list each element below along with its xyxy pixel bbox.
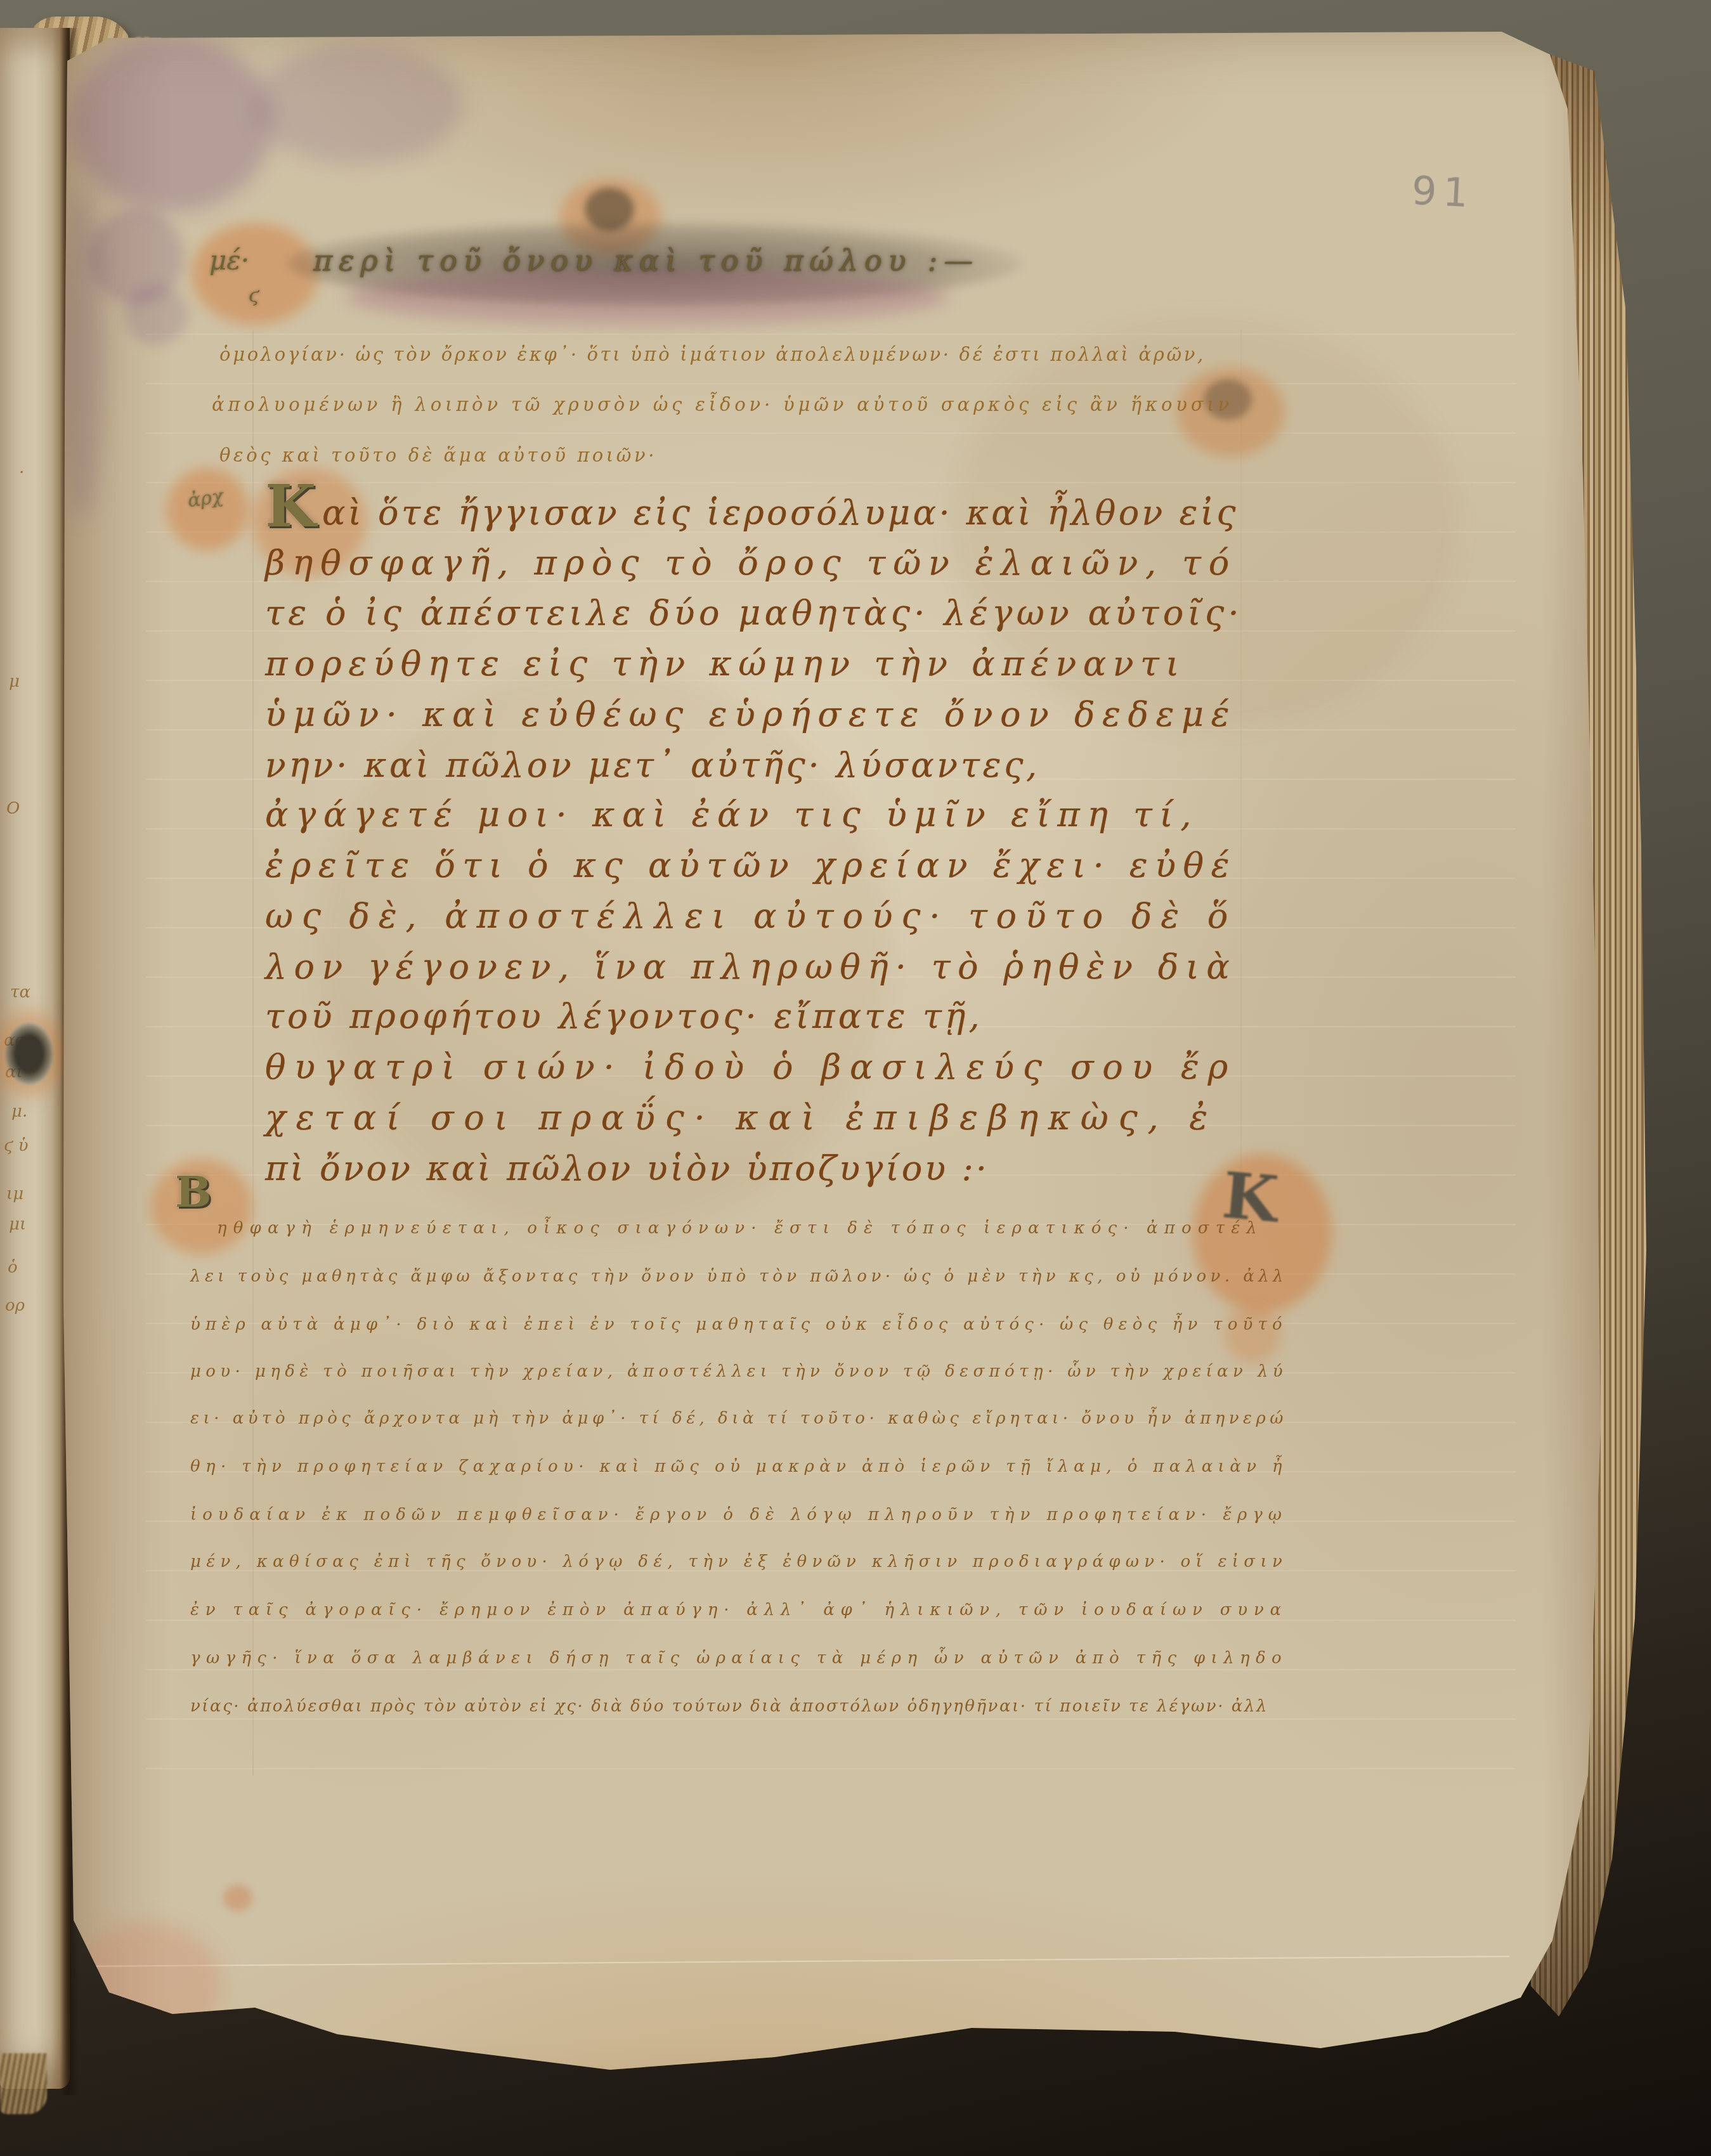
purple-stain (254, 44, 463, 165)
commentary-line: γωγῆς· ἵνα ὅσα λαμβάνει δήσῃ ταῖς ὡραίαι… (190, 1650, 1287, 1666)
gospel-line: αὶ ὅτε ἤγγισαν εἰς ἱεροσόλυμα· καὶ ἦλθον… (322, 496, 1239, 530)
facing-page-fragment: Ο (6, 799, 20, 818)
gospel-line: τε ὁ ἰς ἀπέστειλε δύο μαθητὰς· λέγων αὐτ… (265, 596, 1243, 630)
facing-page-fragment: ὁ (8, 1258, 18, 1277)
purple-stain (124, 284, 188, 345)
gospel-line: βηθσφαγῆ, πρὸς τὸ ὄρος τῶν ἐλαιῶν, τό (265, 546, 1237, 580)
facing-page-fragment: μ (9, 672, 20, 691)
commentary-line: θη· τὴν προφητείαν ζαχαρίου· καὶ πῶς οὐ … (190, 1458, 1287, 1475)
facing-page-ink-blot (5, 1022, 53, 1086)
chapter-number-label: μέ· (209, 247, 249, 274)
gospel-line: νην· καὶ πῶλον μετ᾽ αὐτῆς· λύσαντες, (265, 748, 1040, 783)
facing-page-fragment: ιμ (6, 1185, 23, 1204)
gospel-line: ως δὲ, ἀποστέλλει αὐτούς· τοῦτο δὲ ὅ (265, 899, 1237, 933)
chapter-number-flourish: ϛ (249, 287, 259, 306)
gospel-line: ἀγάγετέ μοι· καὶ ἐάν τις ὑμῖν εἴπη τί, (265, 798, 1199, 832)
hypothesis-line: θεὸς καὶ τοῦτο δὲ ἅμα αὐτοῦ ποιῶν· (219, 446, 657, 465)
facing-page-fragment: μι (9, 1215, 26, 1234)
gospel-initial-kappa: Κ (265, 477, 316, 535)
folio-number: 91 (1410, 171, 1475, 213)
commentary-line: λει τοὺς μαθητὰς ἄμφω ἄξοντας τὴν ὄνον ὑ… (190, 1268, 1287, 1285)
commentary-line: ὑπὲρ αὐτὰ ἀμφ᾽· διὸ καὶ ἐπεὶ ἐν τοῖς μαθ… (190, 1316, 1287, 1333)
facing-page-fragment: ορ (5, 1296, 25, 1315)
gospel-line: ἐρεῖτε ὅτι ὁ κς αὐτῶν χρείαν ἔχει· εὐθέ (265, 848, 1237, 883)
lection-start-siglum: ἀρχ (186, 487, 224, 511)
facing-page-fragment: τα (10, 983, 30, 1002)
facing-page-fragment: ϛ ὑ (4, 1136, 29, 1155)
manuscript-page: 91 μέ· ϛ περὶ τοῦ ὄνου καὶ τοῦ πώλου :— … (63, 32, 1618, 2103)
rust-spot (223, 1885, 252, 1911)
gospel-line: θυγατρὶ σιών· ἰδοὺ ὁ βασιλεύς σου ἔρ (265, 1050, 1237, 1084)
gospel-line: τοῦ προφήτου λέγοντος· εἴπατε τῇ, (265, 999, 983, 1034)
purple-stain (70, 35, 273, 212)
hypothesis-line: ὁμολογίαν· ὡς τὸν ὄρκον ἐκφ᾽· ὅτι ὑπὸ ἱμ… (219, 346, 1206, 364)
commentary-initial-beta: Β (175, 1171, 211, 1214)
commentary-line: ει· αὐτὸ πρὸς ἄρχοντα μὴ τὴν ἀμφ᾽· τί δέ… (190, 1410, 1287, 1427)
chapter-title: περὶ τοῦ ὄνου καὶ τοῦ πώλου :— (313, 246, 979, 275)
commentary-line: νίας· ἀπολύεσθαι πρὸς τὸν αὐτὸν εἰ χς· δ… (190, 1698, 1268, 1715)
facing-page-frayed-corner (0, 2053, 47, 2114)
gospel-line: λον γέγονεν, ἵνα πληρωθῆ· τὸ ῥηθὲν διὰ (265, 950, 1237, 984)
commentary-line: ἰουδαίαν ἐκ ποδῶν πεμφθεῖσαν· ἔργον ὁ δὲ… (190, 1507, 1287, 1523)
commentary-line: μέν, καθίσας ἐπὶ τῆς ὄνου· λόγῳ δέ, τὴν … (190, 1554, 1287, 1570)
gospel-line: χεταί σοι πραΰς· καὶ ἐπιβεβηκὼς, ἐ (265, 1101, 1218, 1135)
gospel-line: ὑμῶν· καὶ εὐθέως εὑρήσετε ὄνον δεδεμέ (265, 698, 1237, 732)
purple-stain (61, 190, 105, 520)
hypothesis-line: ἀπολυομένων ἢ λοιπὸν τῶ χρυσὸν ὡς εἶδον·… (212, 396, 1233, 414)
pink-stain (70, 1921, 222, 2048)
gospel-line: πορεύθητε εἰς τὴν κώμην τὴν ἀπέναντι (265, 647, 1186, 681)
commentary-line: μου· μηδὲ τὸ ποιῆσαι τὴν χρείαν, ἀποστέλ… (190, 1363, 1287, 1380)
commentary-line: ἐν ταῖς ἀγοραῖς· ἔρημον ἐπὸν ἀπαύγη· ἀλλ… (190, 1602, 1287, 1618)
gospel-line: πὶ ὄνον καὶ πῶλον υἱὸν ὑποζυγίου :· (265, 1152, 989, 1186)
facing-page-fragment: μ. (11, 1102, 27, 1121)
facing-page-fragment: · (19, 463, 24, 482)
parchment-crease (95, 1956, 1509, 1967)
commentary-line: ηθφαγὴ ἑρμηνεύεται, οἶκος σιαγόνων· ἔστι… (217, 1220, 1263, 1237)
